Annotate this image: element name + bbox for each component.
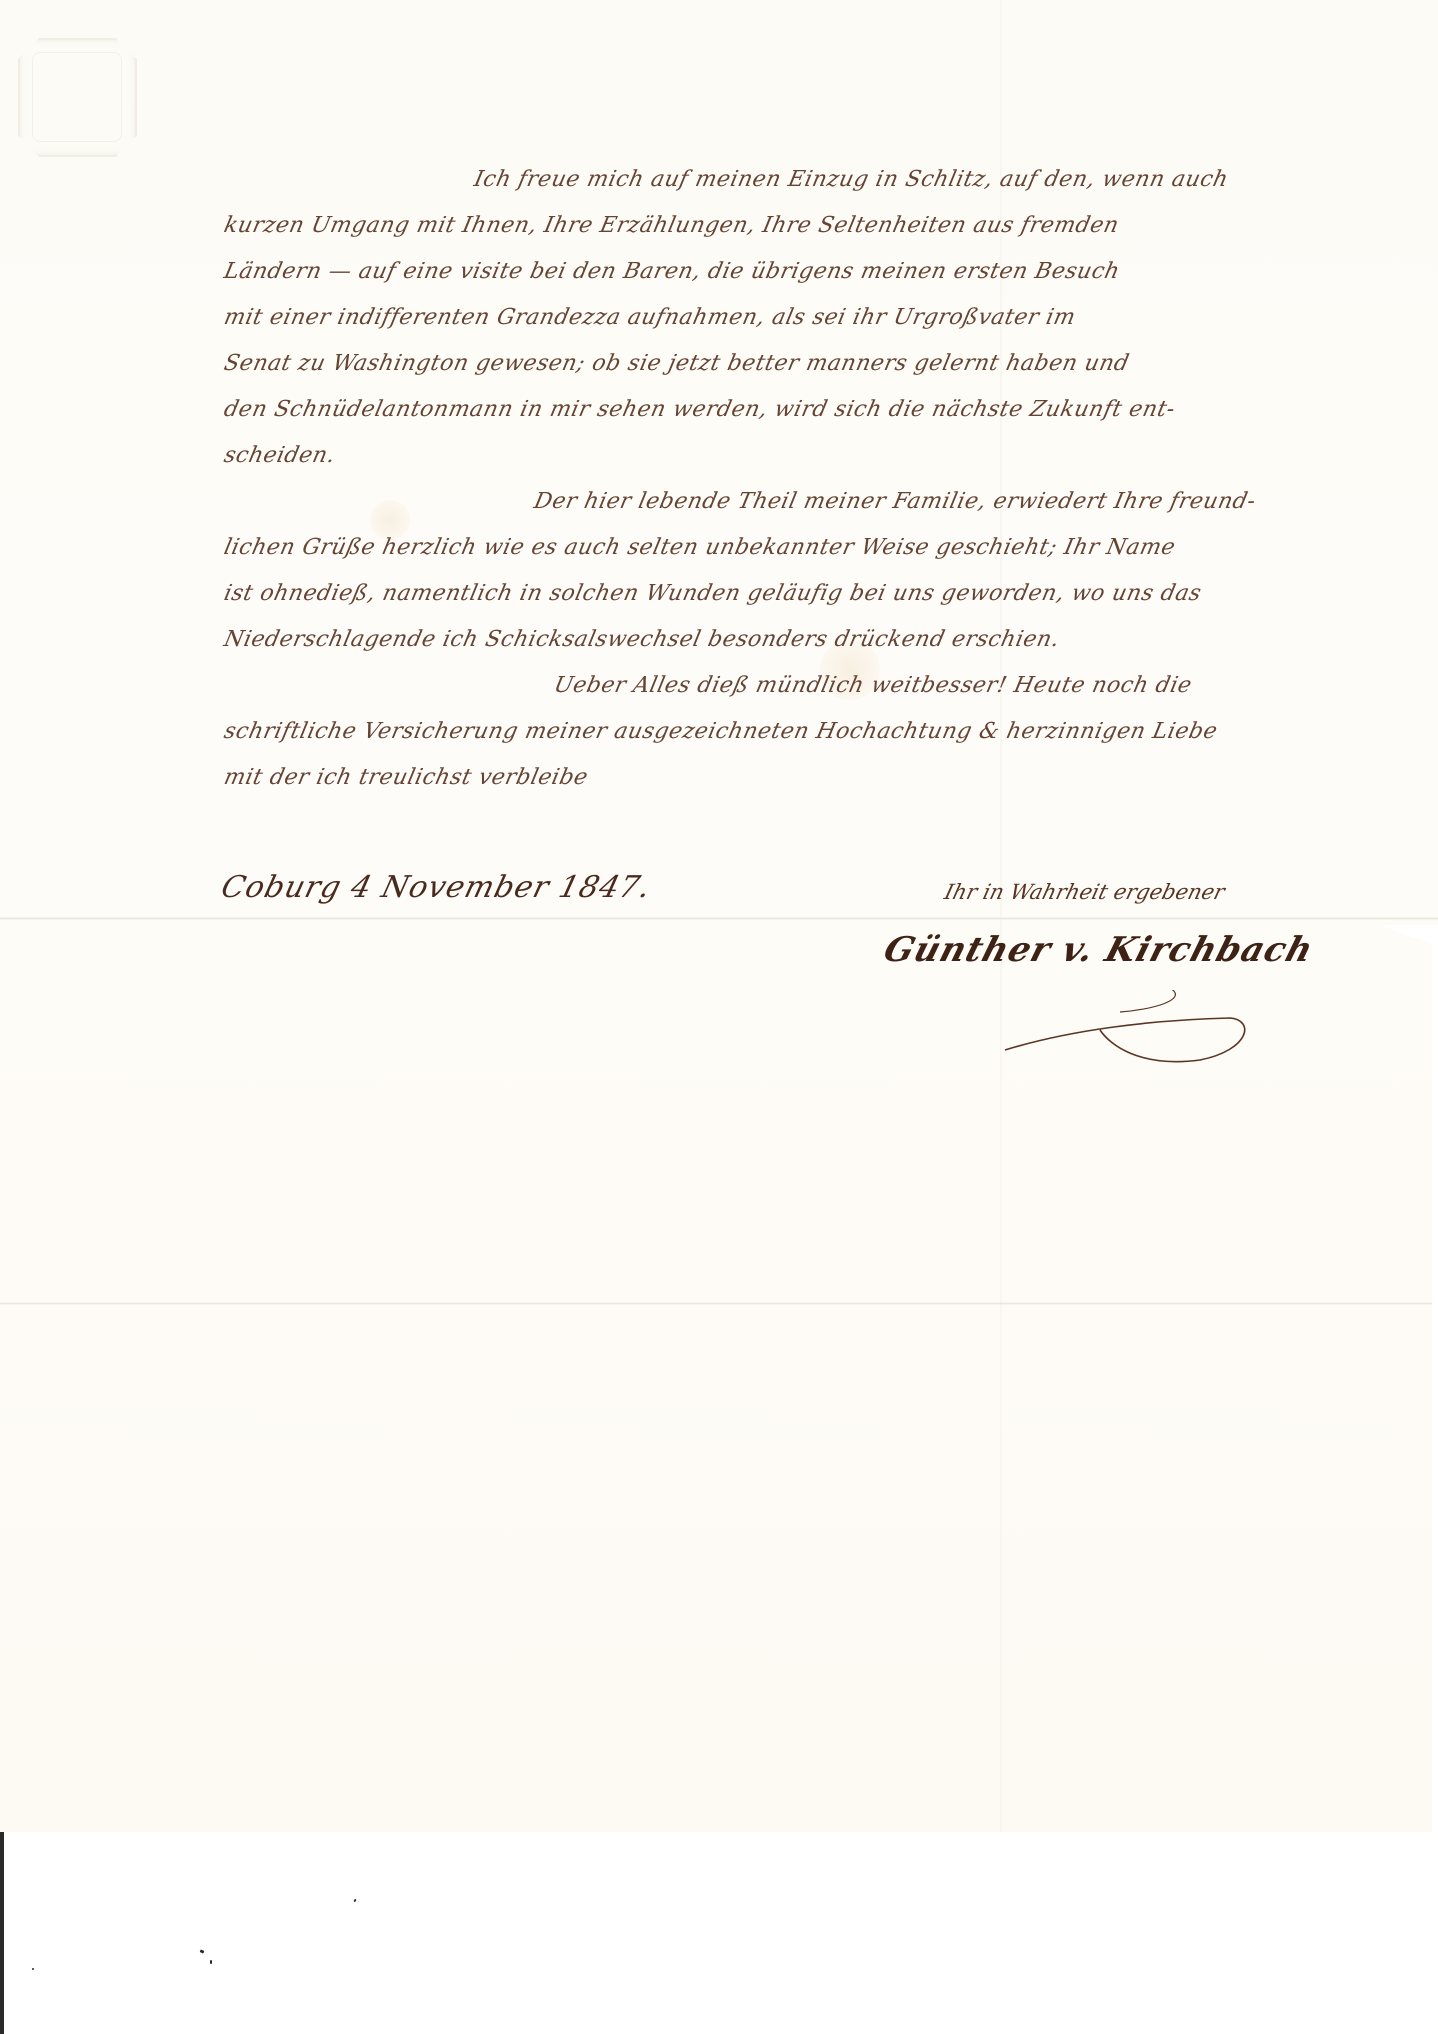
- scanner-edge: [0, 1832, 4, 2034]
- dust-speck: [32, 1968, 34, 1970]
- letter-line: kurzen Umgang mit Ihnen, Ihre Erzählunge…: [220, 206, 1123, 246]
- signature-flourish-icon: [1000, 990, 1260, 1070]
- embossed-stamp-inner: [32, 52, 122, 142]
- letter-line: Ländern — auf eine visite bei den Baren,…: [220, 252, 1124, 292]
- letter-line: Niederschlagende ich Schicksalswechsel b…: [220, 620, 1063, 660]
- place-date: Coburg 4 November 1847.: [218, 870, 655, 905]
- dust-speck: [210, 1960, 212, 1964]
- letter-line: lichen Grüße herzlich wie es auch selten…: [220, 528, 1179, 568]
- letter-line: scheiden.: [220, 436, 339, 476]
- letter-paper: Ich freue mich auf meinen Einzug in Schl…: [0, 0, 1438, 1832]
- letter-line: ist ohnedieß, namentlich in solchen Wund…: [220, 574, 1205, 614]
- letter-line: Ich freue mich auf meinen Einzug in Schl…: [470, 160, 1232, 200]
- letter-line: Ueber Alles dieß mündlich weitbesser! He…: [550, 666, 1196, 706]
- letter-line: schriftliche Versicherung meiner ausgeze…: [220, 712, 1221, 752]
- letter-line: Der hier lebende Theil meiner Familie, e…: [530, 482, 1260, 522]
- signature: Günther v. Kirchbach: [879, 930, 1318, 970]
- letter-line: Senat zu Washington gewesen; ob sie jetz…: [220, 344, 1133, 384]
- closing-phrase: Ihr in Wahrheit ergebener: [942, 880, 1227, 904]
- letter-line: den Schnüdelantonmann in mir sehen werde…: [220, 390, 1179, 430]
- dust-speck: [353, 1899, 356, 1903]
- fold-line-horizontal-2: [0, 1302, 1438, 1305]
- letter-line: mit einer indifferenten Grandezza aufnah…: [220, 298, 1079, 338]
- fold-line-horizontal-1: [0, 917, 1438, 920]
- dust-speck: [200, 1949, 205, 1953]
- letter-line: mit der ich treulichst verbleibe: [220, 758, 592, 798]
